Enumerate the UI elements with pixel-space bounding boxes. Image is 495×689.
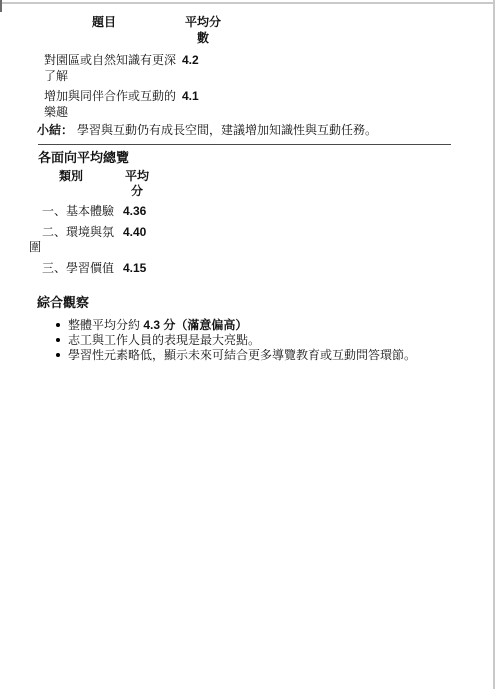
question-cell: 增加與同伴合作或互動的樂趣: [30, 86, 178, 122]
observations-list: 整體平均分約 4.3 分（滿意偏高） 志工與工作人員的表現是最大亮點。 學習性元…: [0, 318, 495, 363]
page-edge-mark: [0, 0, 2, 12]
horizontal-rule: [38, 144, 451, 145]
summary-note-text: 學習與互動仍有成長空間，建議增加知識性與互動任務。: [77, 123, 377, 137]
column-header-question: 題目: [30, 10, 178, 50]
section-title-observations: 綜合觀察: [37, 295, 495, 310]
bullet-icon: [56, 353, 60, 357]
table-row: 二、環境與氛圍 4.40: [25, 222, 157, 258]
section-title-overview: 各面向平均總覽: [38, 150, 495, 165]
list-item: 志工與工作人員的表現是最大亮點。: [68, 333, 495, 348]
category-average-table: 類別 平均分 一、基本體驗 4.36 二、環境與氛圍 4.40 三、學習價值 4…: [25, 167, 157, 279]
score-cell: 4.15: [117, 258, 157, 279]
list-item: 學習性元素略低，顯示未來可結合更多導覽教育或互動問答環節。: [68, 348, 495, 363]
score-cell: 4.36: [117, 201, 157, 222]
bullet-text: 整體平均分約: [68, 318, 143, 332]
table-row: 對園區或自然知識有更深了解 4.2: [30, 50, 234, 86]
table-header-row: 類別 平均分: [25, 167, 157, 201]
column-header-average-score: 平均分數: [178, 10, 234, 50]
summary-note: 小結：學習與互動仍有成長空間，建議增加知識性與互動任務。: [37, 123, 495, 138]
list-item: 整體平均分約 4.3 分（滿意偏高）: [68, 318, 495, 333]
score-cell: 4.40: [117, 222, 157, 258]
summary-note-label: 小結：: [37, 123, 73, 137]
bullet-text-bold: 4.3 分（滿意偏高）: [143, 318, 247, 332]
category-cell: 一、基本體驗: [25, 201, 117, 222]
page-top-border: [0, 2, 495, 4]
table-row: 三、學習價值 4.15: [25, 258, 157, 279]
bullet-icon: [56, 338, 60, 342]
score-cell: 4.1: [178, 86, 234, 122]
bullet-text: 志工與工作人員的表現是最大亮點。: [68, 333, 260, 347]
column-header-category: 類別: [25, 167, 117, 201]
table-row: 增加與同伴合作或互動的樂趣 4.1: [30, 86, 234, 122]
document-page: 題目 平均分數 對園區或自然知識有更深了解 4.2 增加與同伴合作或互動的樂趣 …: [0, 0, 495, 689]
bullet-icon: [56, 323, 60, 327]
question-score-table: 題目 平均分數 對園區或自然知識有更深了解 4.2 增加與同伴合作或互動的樂趣 …: [30, 10, 234, 122]
bullet-text: 學習性元素略低，顯示未來可結合更多導覽教育或互動問答環節。: [68, 348, 416, 362]
question-cell: 對園區或自然知識有更深了解: [30, 50, 178, 86]
category-cell: 三、學習價值: [25, 258, 117, 279]
table-header-row: 題目 平均分數: [30, 10, 234, 50]
table-row: 一、基本體驗 4.36: [25, 201, 157, 222]
category-cell: 二、環境與氛圍: [25, 222, 117, 258]
score-cell: 4.2: [178, 50, 234, 86]
column-header-average: 平均分: [117, 167, 157, 201]
